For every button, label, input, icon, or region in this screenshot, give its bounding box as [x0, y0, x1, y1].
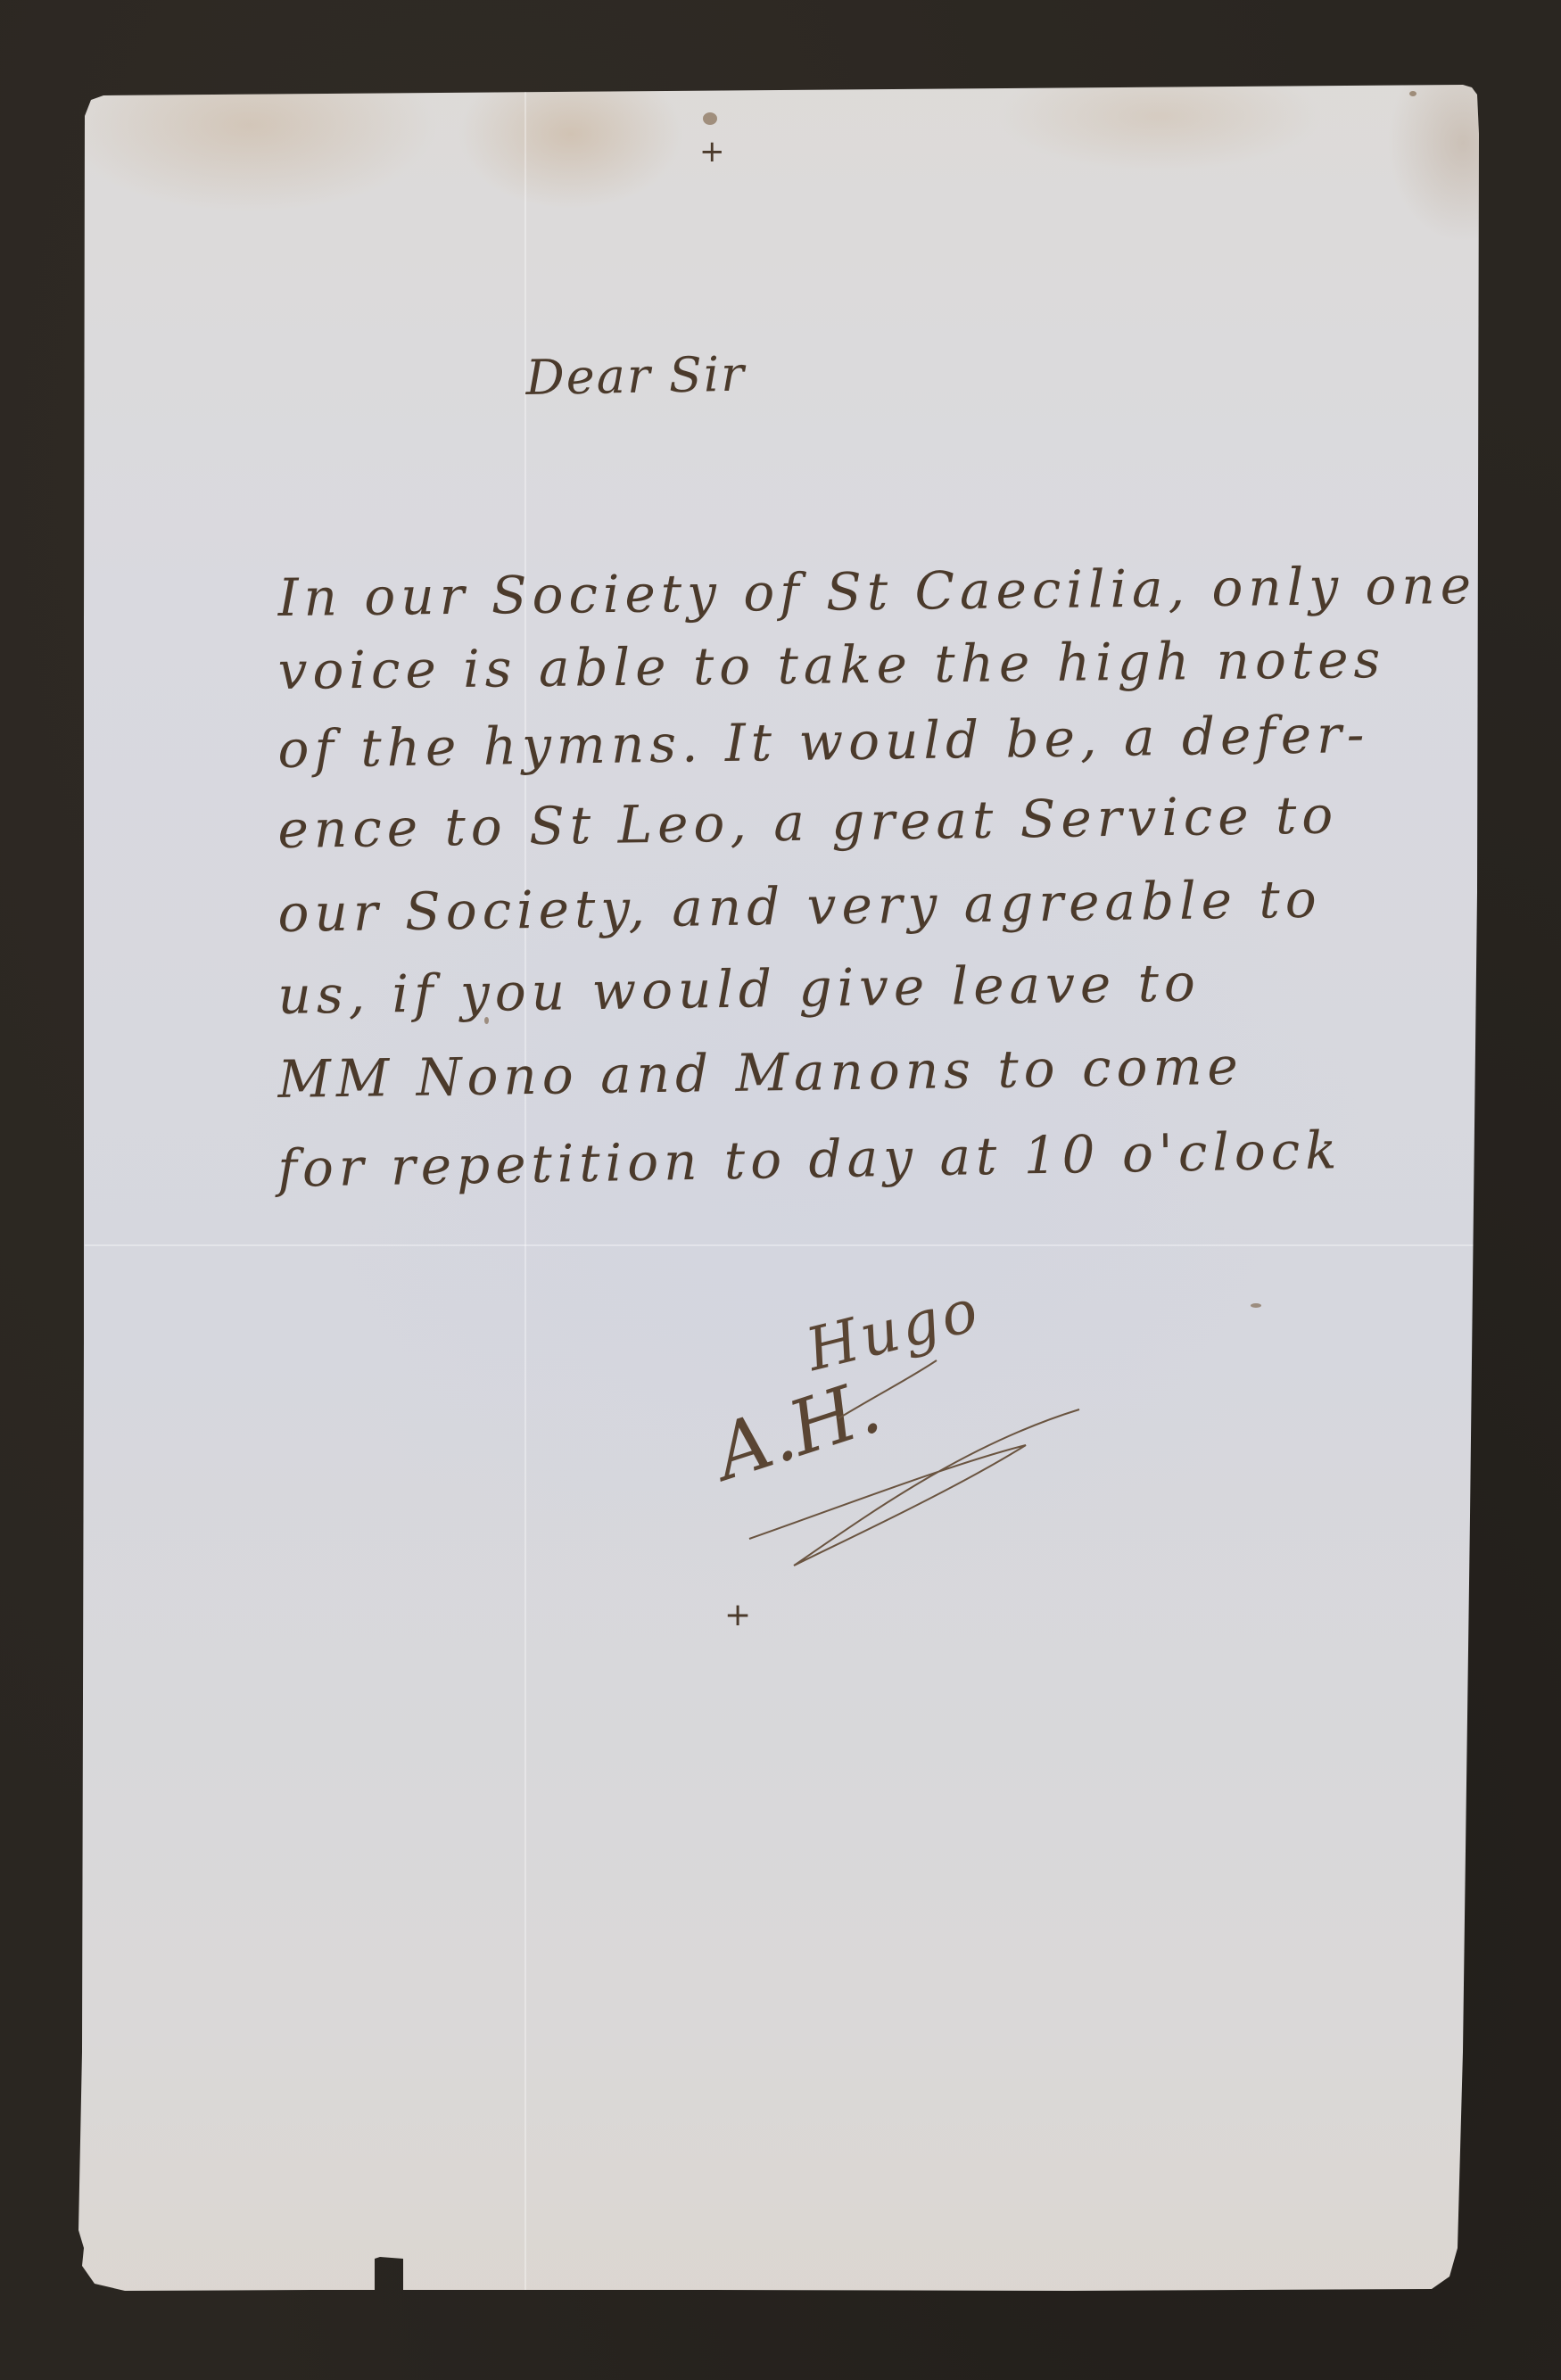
page-mark-bottom: +: [724, 1597, 751, 1633]
letter-line-1: In our Society of St Caecilia, only one: [277, 555, 1476, 628]
letter-line-6: us, if you would give leave to: [277, 953, 1201, 1026]
letter-line-2: voice is able to take the high notes: [277, 629, 1385, 701]
ink-spot: [1251, 1303, 1261, 1308]
letter-line-5: our Society, and very agreable to: [277, 869, 1322, 944]
letter-line-3: of the hymns. It would be, a defer-: [277, 704, 1370, 780]
signature-flourish: [731, 1338, 1106, 1588]
letter-page: + Dear Sir In our Society of St Caecilia…: [0, 0, 1561, 2380]
letter-line-8: for repetition to day at 10 o'clock: [277, 1120, 1342, 1199]
letter-line-7: MM Nono and Manons to come: [277, 1036, 1243, 1110]
ink-spot: [1409, 91, 1416, 96]
page-mark-top: +: [699, 134, 725, 169]
paper-fold-horizontal: [85, 1244, 1476, 1246]
salutation: Dear Sir: [525, 346, 747, 406]
ink-spot: [703, 112, 717, 125]
letter-line-4: ence to St Leo, a great Service to: [277, 784, 1339, 860]
